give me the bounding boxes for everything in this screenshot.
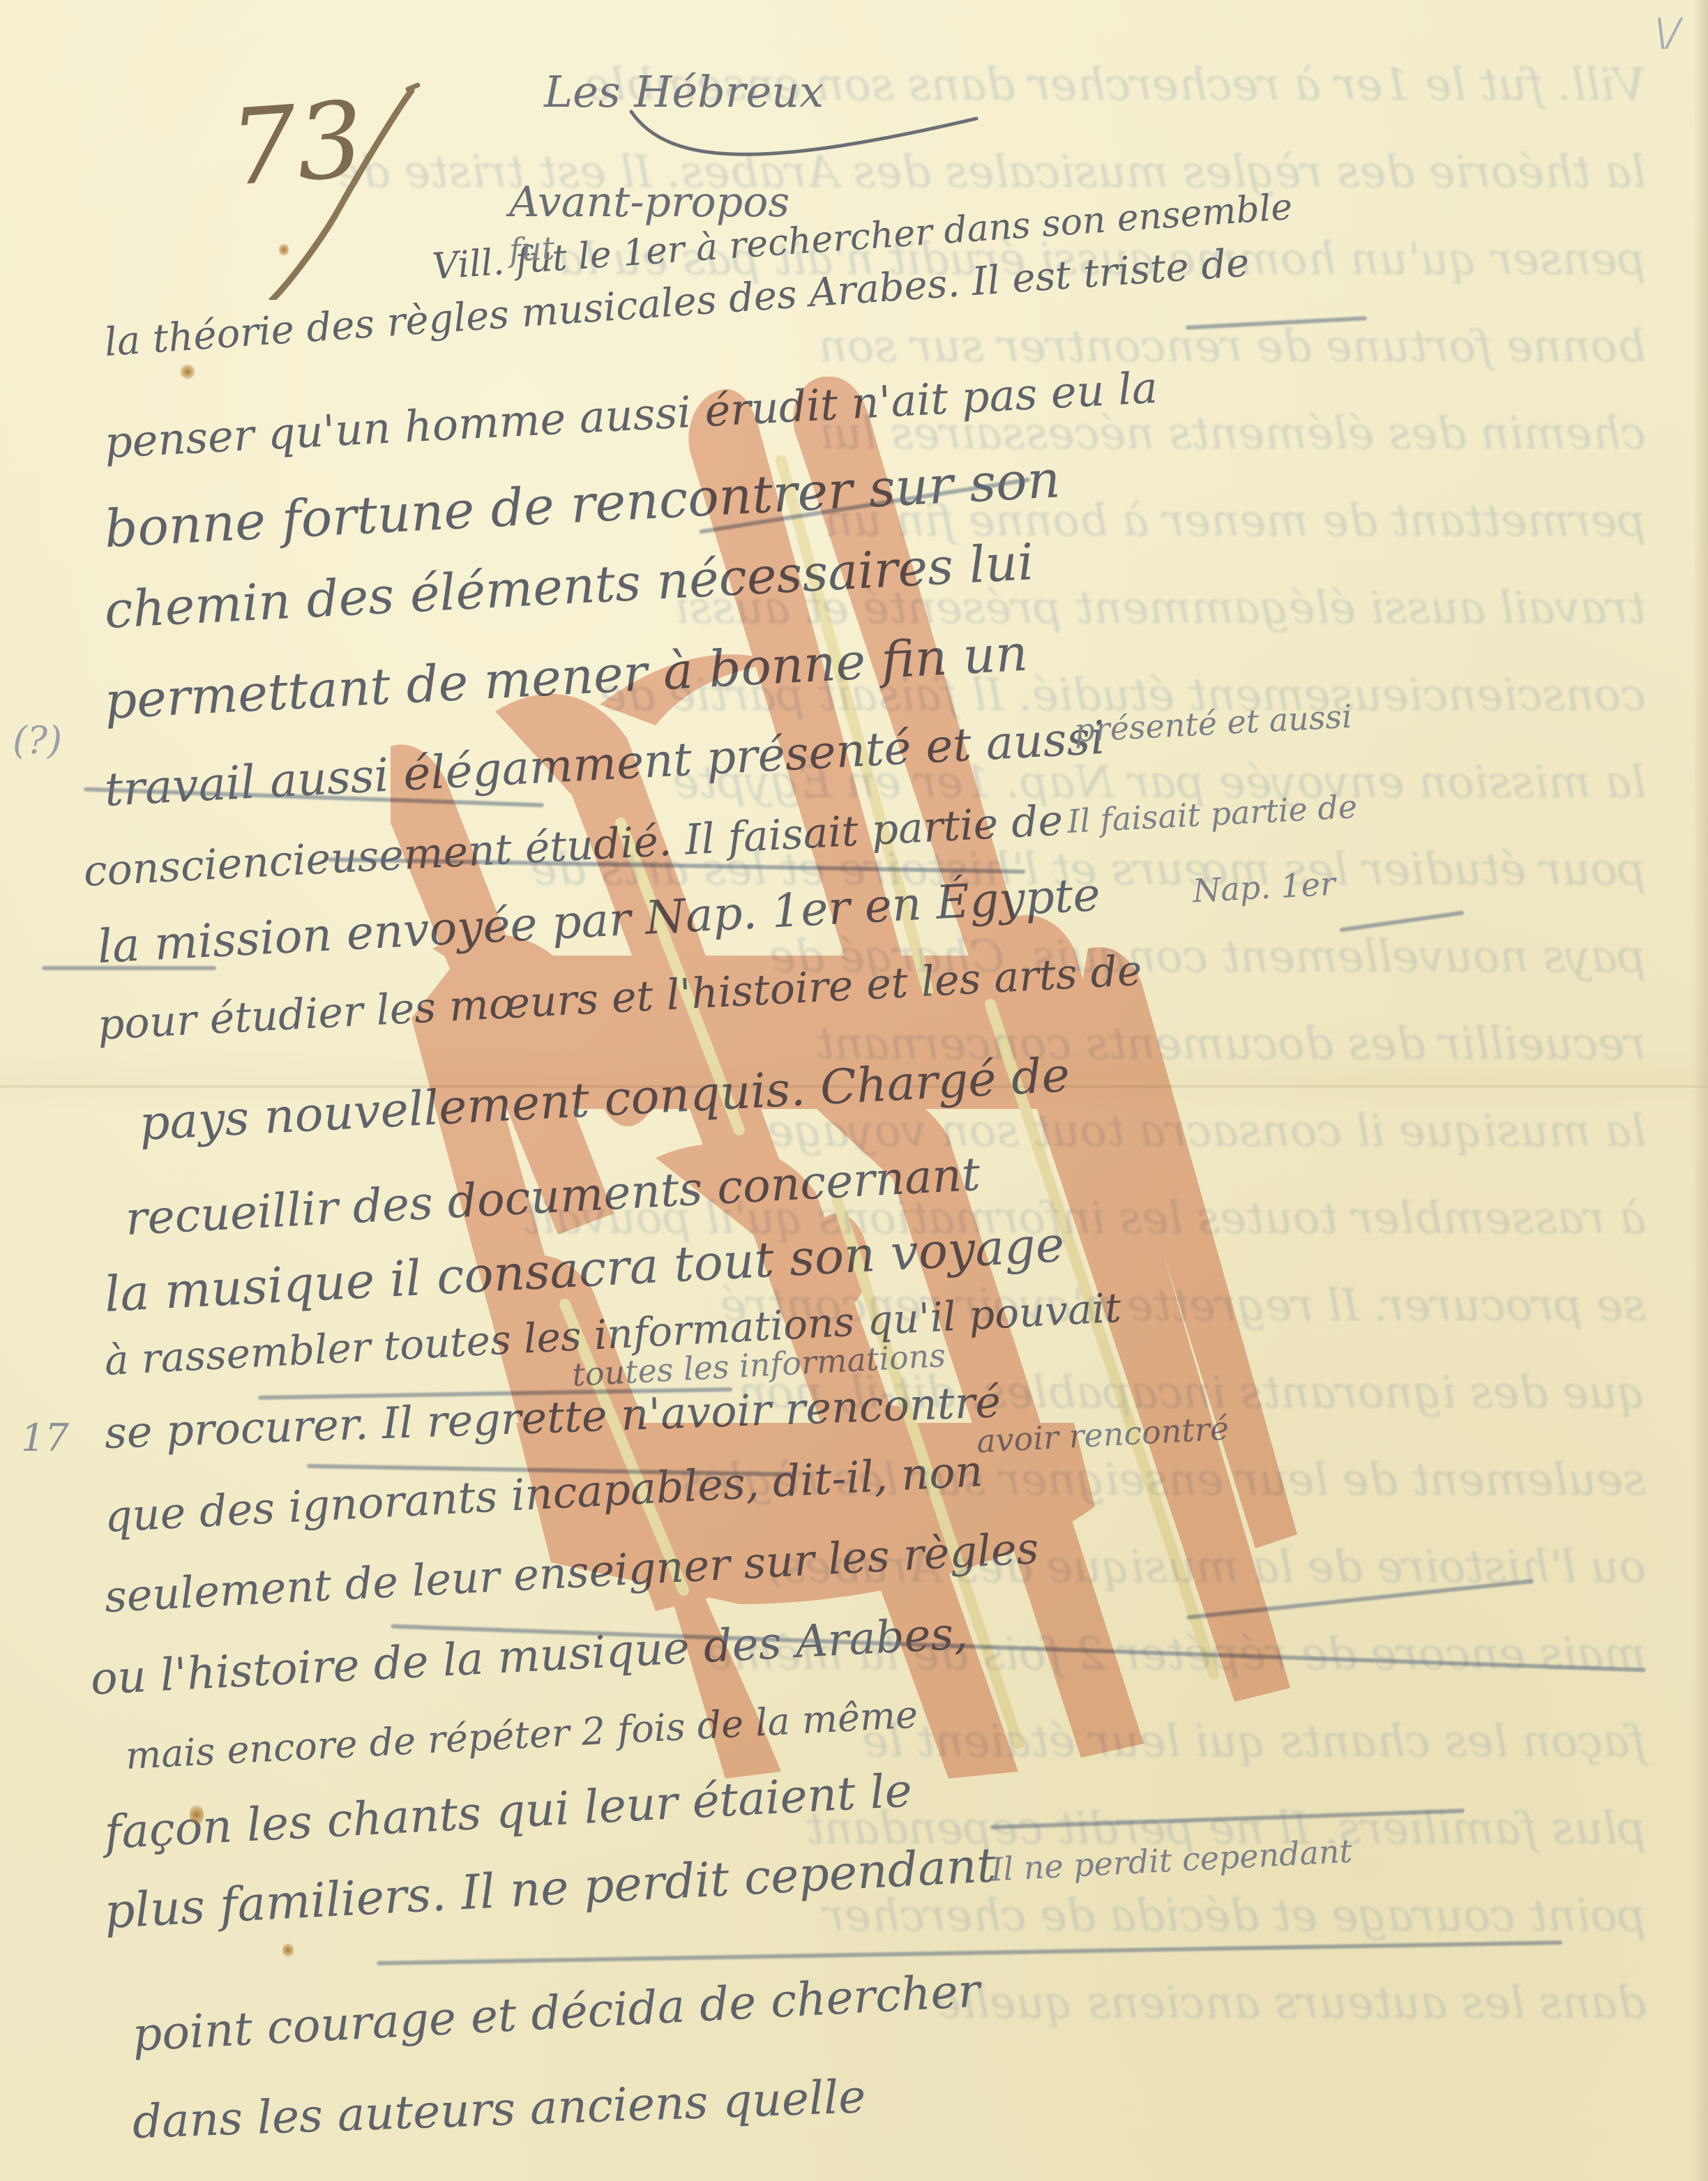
paper-stain	[180, 364, 195, 379]
manuscript-line: point courage et décida de chercher	[131, 1963, 981, 2062]
paper-stain	[282, 1942, 294, 1958]
interlinear-insert: fut	[508, 229, 556, 269]
interlinear-insert: Il faisait partie de	[1066, 787, 1358, 840]
manuscript-line: plus familiers. Il ne perdit cependant	[103, 1838, 997, 1940]
manuscript-line: se procurer. Il regrette n'avoir rencont…	[104, 1376, 1002, 1458]
interlinear-insert: Nap. 1er	[1192, 865, 1336, 910]
manuscript-body: Vill. fut le 1er à rechercher dans son e…	[0, 0, 1708, 2181]
paper-stain	[190, 1803, 204, 1827]
manuscript-line: pays nouvellement conquis. Chargé de	[138, 1048, 1071, 1152]
manuscript-line: que des ignorants incapables, dit-il, no…	[103, 1445, 984, 1542]
manuscript-line: façon les chants qui leur étaient le	[103, 1763, 913, 1859]
manuscript-line: seulement de leur enseigner sur les règl…	[103, 1523, 1040, 1622]
manuscript-line: permettant de mener à bonne fin un	[103, 624, 1029, 730]
interlinear-insert: avoir rencontré	[976, 1410, 1230, 1461]
interlinear-insert: Il ne perdit cependant	[990, 1832, 1353, 1888]
manuscript-line: travail aussi élégamment présenté et aus…	[103, 711, 1106, 817]
interlinear-insert: présenté et aussi	[1073, 697, 1353, 750]
manuscript-line: mais encore de répéter 2 fois de la même	[124, 1693, 919, 1778]
strike-through	[42, 966, 216, 970]
manuscript-line: ou l'histoire de la musique des Arabes,	[89, 1608, 969, 1705]
paper-stain	[279, 243, 289, 257]
manuscript-line: dans les auteurs anciens quelle	[132, 2069, 867, 2149]
